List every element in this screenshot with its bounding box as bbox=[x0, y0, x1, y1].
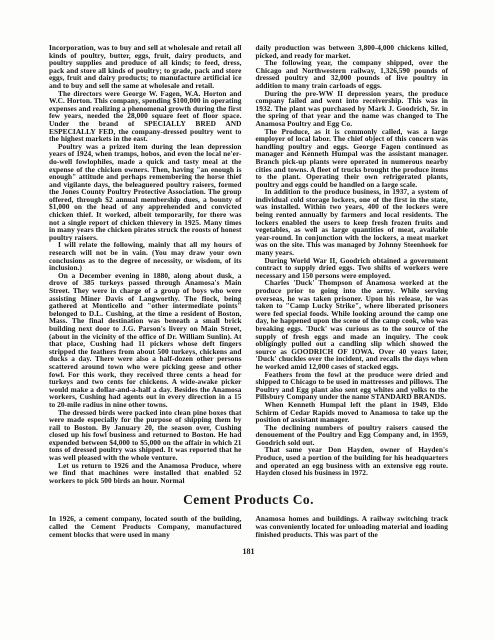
paragraph: Poultry was a prized item during the lea… bbox=[49, 143, 242, 242]
paragraph: The directors were George W. Fagen, W.A.… bbox=[49, 90, 242, 143]
page-number: 181 bbox=[49, 547, 448, 556]
paragraph: The declining numbers of poultry raisers… bbox=[256, 424, 449, 447]
paragraph: On a December evening in 1880, along abo… bbox=[49, 272, 242, 409]
left-column: Incorporation, was to buy and sell at wh… bbox=[49, 44, 242, 484]
paragraph: During World War II, Goodrich obtained a… bbox=[256, 257, 449, 280]
section-text-columns: In 1926, a cement company, located south… bbox=[49, 515, 448, 538]
paragraph: In addition to the produce business, in … bbox=[256, 188, 449, 256]
paragraph: Incorporation, was to buy and sell at wh… bbox=[49, 44, 242, 90]
paragraph: Anamosa homes and buildings. A railway s… bbox=[256, 515, 449, 538]
paragraph: During the pre-WW II depression years, t… bbox=[256, 90, 449, 128]
section-heading: Cement Products Co. bbox=[49, 493, 448, 507]
right-column: daily production was between 3,800-4,000… bbox=[256, 44, 449, 484]
book-page: Incorporation, was to buy and sell at wh… bbox=[0, 0, 495, 640]
paragraph: The dressed birds were packed into clean… bbox=[49, 409, 242, 462]
paragraph: Let us return to 1926 and the Anamosa Pr… bbox=[49, 462, 242, 485]
section-right-column: Anamosa homes and buildings. A railway s… bbox=[256, 515, 449, 538]
paragraph: daily production was between 3,800-4,000… bbox=[256, 44, 449, 59]
paragraph: That same year Don Hayden, owner of Hayd… bbox=[256, 446, 449, 476]
paragraph: Charles 'Duck' Thompson of Anamosa worke… bbox=[256, 279, 449, 370]
section-left-column: In 1926, a cement company, located south… bbox=[49, 515, 242, 538]
paragraph: The following year, the company shipped,… bbox=[256, 59, 449, 89]
paragraph: When Kenneth Humpal left the plant in 19… bbox=[256, 401, 449, 424]
paragraph: The Produce, as it is commonly called, w… bbox=[256, 128, 449, 189]
paragraph: I will relate the following, mainly that… bbox=[49, 241, 242, 271]
paragraph: Feathers from the fowl at the produce we… bbox=[256, 371, 449, 401]
paragraph: In 1926, a cement company, located south… bbox=[49, 515, 242, 538]
main-text-columns: Incorporation, was to buy and sell at wh… bbox=[49, 44, 448, 484]
